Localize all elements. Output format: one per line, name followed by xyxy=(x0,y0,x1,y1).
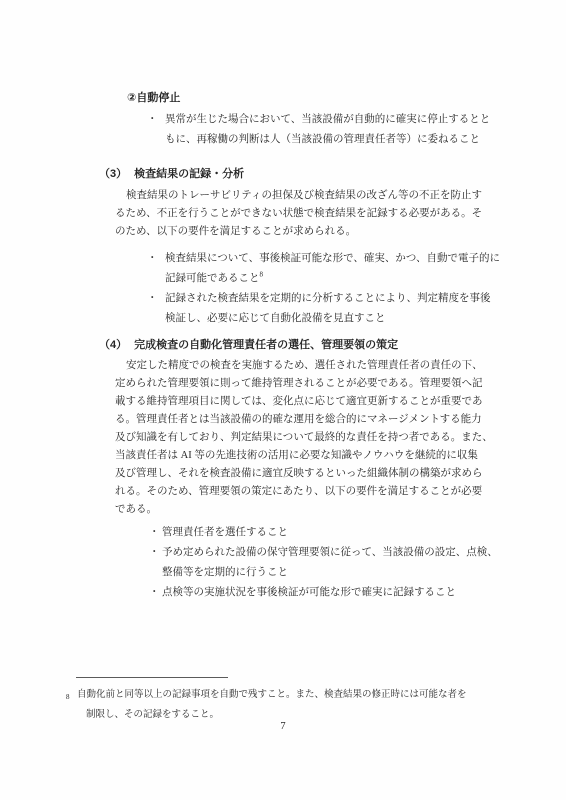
heading-auto-stop: ②自動停止 xyxy=(127,88,489,108)
text-line: 検査結果について、事後検証可能な形で、確実、かつ、自動で電子的に xyxy=(165,249,500,269)
bullet-marker: ・ xyxy=(149,523,162,543)
bullet-marker: ・ xyxy=(149,543,162,583)
bullet-text: 点検等の実施状況を事後検証が可能な形で確実に記録すること xyxy=(162,583,456,603)
text-line: 当該責任者は AI 等の先進技術の活用に必要な知識やノウハウを継続的に収集 xyxy=(115,447,489,465)
text-line: 記録された検査結果を定期的に分析することにより、判定精度を事後 xyxy=(165,289,491,309)
text-line: 異常が生じた場合において、当該設備が自動的に確実に停止するとと xyxy=(165,110,490,130)
footnote-reference: 8 xyxy=(260,271,264,279)
paragraph-section-4: 安定した精度での検査を実施するため、選任された管理責任者の責任の下、 定められた… xyxy=(115,357,489,519)
text-line: 整備等を定期的に行うこと xyxy=(162,563,498,583)
text-line: 検査結果のトレーサビリティの担保及び検査結果の改ざん等の不正を防止す xyxy=(115,187,489,205)
text-line: 及び管理し、それを検査設備に適宜反映するといった組織体制の構築が求めら xyxy=(115,465,489,483)
text-line: れる。そのため、管理要領の策定にあたり、以下の要件を満足することが必要 xyxy=(115,483,489,501)
text-line: 点検等の実施状況を事後検証が可能な形で確実に記録すること xyxy=(162,583,456,603)
text-line: 自動化前と同等以上の記録事項を自動で残すこと。また、検査結果の修正時には可能な者… xyxy=(77,685,467,705)
text-segment: 記録可能であること xyxy=(165,273,260,284)
text-line: 載する維持管理項目に関しては、変化点に応じて適宜更新することが重要であ xyxy=(115,393,489,411)
heading-section-3: （3） 検査結果の記録・分析 xyxy=(99,164,489,184)
footnote-body: 8 自動化前と同等以上の記録事項を自動で残すこと。また、検査結果の修正時には可能… xyxy=(66,685,518,725)
bullet-item: ・ 検査結果について、事後検証可能な形で、確実、かつ、自動で電子的に 記録可能で… xyxy=(147,249,489,289)
footnote-lines: 自動化前と同等以上の記録事項を自動で残すこと。また、検査結果の修正時には可能な者… xyxy=(77,685,467,725)
bullet-item: ・ 記録された検査結果を定期的に分析することにより、判定精度を事後 検証し、必要… xyxy=(147,289,489,329)
text-line: 定められた管理要領に則って維持管理されることが必要である。管理要領へ記 xyxy=(115,375,489,393)
footnote: 8 自動化前と同等以上の記録事項を自動で残すこと。また、検査結果の修正時には可能… xyxy=(66,677,518,725)
text-line: る。管理責任者とは当該設備の的確な運用を総合的にマネージメントする能力 xyxy=(115,411,489,429)
bullet-item: ・ 管理責任者を選任すること xyxy=(149,523,489,543)
text-line: 及び知識を有しており、判定結果について最終的な責任を持つ者である。また、 xyxy=(115,429,489,447)
heading-section-4: （4） 完成検査の自動化管理責任者の選任、管理要領の策定 xyxy=(99,335,489,355)
footnote-divider xyxy=(76,677,228,678)
page-number: 7 xyxy=(0,721,566,732)
text-line: もに、再稼働の判断は人（当該設備の管理責任者等）に委ねること xyxy=(165,130,490,150)
bullet-list-section-4: ・ 管理責任者を選任すること ・ 予め定められた設備の保守管理要領に従って、当該… xyxy=(149,523,489,603)
text-line: 検証し、必要に応じて自動化設備を見直すこと xyxy=(165,309,491,329)
bullet-item: ・ 予め定められた設備の保守管理要領に従って、当該設備の設定、点検、 整備等を定… xyxy=(149,543,489,583)
paragraph-section-3: 検査結果のトレーサビリティの担保及び検査結果の改ざん等の不正を防止す るため、不… xyxy=(115,187,489,241)
text-line: 予め定められた設備の保守管理要領に従って、当該設備の設定、点検、 xyxy=(162,543,498,563)
text-line: 安定した精度での検査を実施するため、選任された管理責任者の責任の下、 xyxy=(115,357,489,375)
bullet-list-section-3: ・ 検査結果について、事後検証可能な形で、確実、かつ、自動で電子的に 記録可能で… xyxy=(147,249,489,329)
section-title: 完成検査の自動化管理責任者の選任、管理要領の策定 xyxy=(134,335,398,355)
bullet-item: ・ 点検等の実施状況を事後検証が可能な形で確実に記録すること xyxy=(149,583,489,603)
section-title: 検査結果の記録・分析 xyxy=(134,164,244,184)
text-line: 管理責任者を選任すること xyxy=(162,523,288,543)
bullet-marker: ・ xyxy=(147,110,165,150)
bullet-marker: ・ xyxy=(147,289,165,329)
bullet-text: 異常が生じた場合において、当該設備が自動的に確実に停止するとと もに、再稼働の判… xyxy=(165,110,490,150)
bullet-text: 予め定められた設備の保守管理要領に従って、当該設備の設定、点検、 整備等を定期的… xyxy=(162,543,498,583)
text-line: のため、以下の要件を満足することが求められる。 xyxy=(115,223,489,241)
text-line: である。 xyxy=(115,501,489,519)
bullet-item: ・ 異常が生じた場合において、当該設備が自動的に確実に停止するとと もに、再稼働… xyxy=(147,110,489,150)
bullet-text: 記録された検査結果を定期的に分析することにより、判定精度を事後 検証し、必要に応… xyxy=(165,289,491,329)
bullet-text: 検査結果について、事後検証可能な形で、確実、かつ、自動で電子的に 記録可能である… xyxy=(165,249,500,289)
text-line: 記録可能であること8 xyxy=(165,269,500,289)
document-page: ②自動停止 ・ 異常が生じた場合において、当該設備が自動的に確実に停止するとと … xyxy=(0,0,566,800)
bullet-text: 管理責任者を選任すること xyxy=(162,523,288,543)
page-body: ②自動停止 ・ 異常が生じた場合において、当該設備が自動的に確実に停止するとと … xyxy=(99,88,489,603)
footnote-marker: 8 xyxy=(66,685,77,725)
section-label: （3） xyxy=(99,164,127,184)
text-line: るため、不正を行うことができない状態で検査結果を記録する必要がある。そ xyxy=(115,205,489,223)
bullet-list-auto-stop: ・ 異常が生じた場合において、当該設備が自動的に確実に停止するとと もに、再稼働… xyxy=(147,110,489,150)
bullet-marker: ・ xyxy=(149,583,162,603)
section-label: （4） xyxy=(99,335,127,355)
bullet-marker: ・ xyxy=(147,249,165,289)
